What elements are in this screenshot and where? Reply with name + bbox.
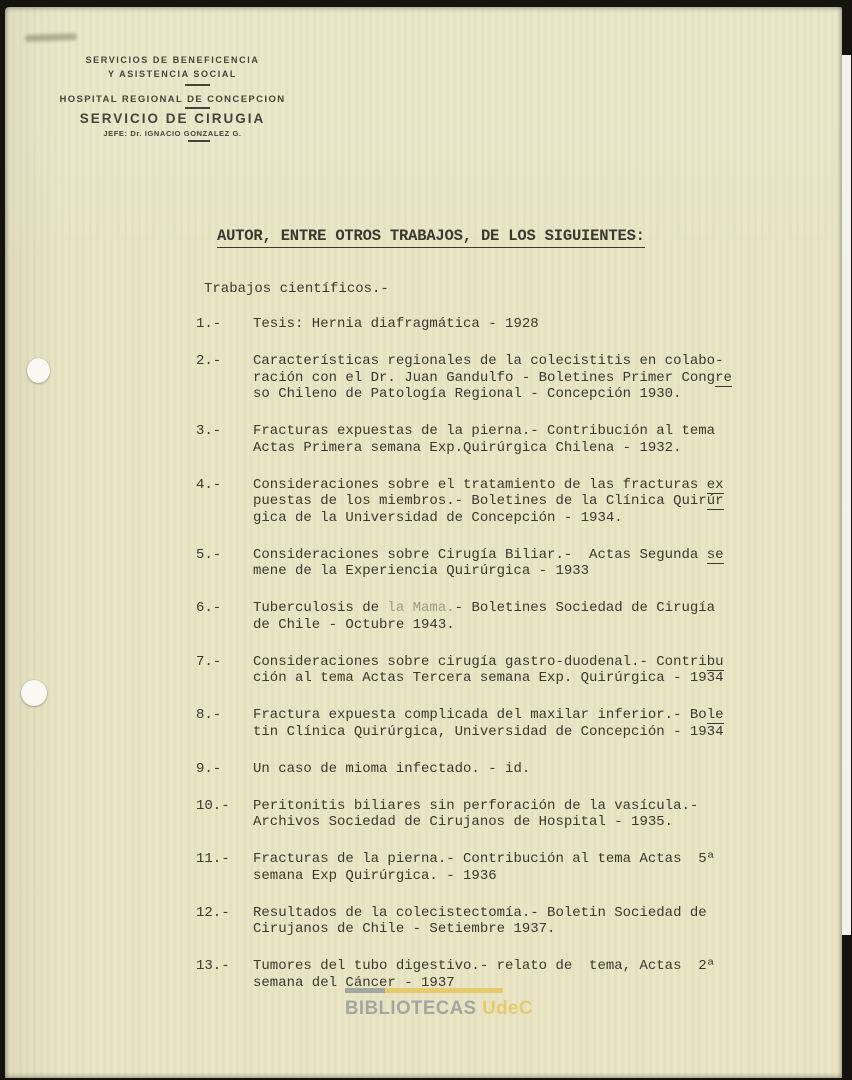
list-item-number: 10.-: [196, 798, 253, 831]
list-item-text: Consideraciones sobre cirugía gastro-duo…: [253, 654, 796, 687]
watermark-bar-yellow: [385, 988, 503, 993]
list-item-number: 6.-: [196, 600, 253, 633]
letterhead-service: SERVICIO DE CIRUGIA: [55, 111, 290, 126]
list-item-number: 9.-: [196, 761, 253, 778]
list-item-line: Fracturas expuestas de la pierna.- Contr…: [253, 423, 796, 440]
list-item-text: Consideraciones sobre el tratamiento de …: [253, 477, 796, 527]
list-item-number: 12.-: [196, 905, 253, 938]
list-item-number: 2.-: [196, 353, 253, 403]
list-item-line: de Chile - Octubre 1943.: [253, 617, 796, 634]
watermark-bar-gray: [345, 988, 385, 993]
list-item-number: 13.-: [196, 958, 253, 991]
list-item-text: Fracturas de la pierna.- Contribución al…: [253, 851, 796, 884]
list-item: 5.-Consideraciones sobre Cirugía Biliar.…: [196, 547, 796, 580]
list-item-line: Características regionales de la colecis…: [253, 353, 796, 370]
punch-hole-top: [27, 358, 50, 383]
letterhead-divider: [185, 107, 210, 109]
list-item: 3.-Fracturas expuestas de la pierna.- Co…: [196, 423, 796, 456]
list-item: 7.-Consideraciones sobre cirugía gastro-…: [196, 654, 796, 687]
scanned-document: SERVICIOS DE BENEFICENCIA Y ASISTENCIA S…: [0, 0, 852, 1080]
list-item: 10.-Peritonitis biliares sin perforación…: [196, 798, 796, 831]
list-item-text: Peritonitis biliares sin perforación de …: [253, 798, 796, 831]
list-item-number: 8.-: [196, 707, 253, 740]
list-item-text: Resultados de la colecistectomía.- Bolet…: [253, 905, 796, 938]
list-item-line: Fractura expuesta complicada del maxilar…: [253, 707, 796, 724]
list-item-text: Tuberculosis de la Mama.- Boletines Soci…: [253, 600, 796, 633]
list-item-line: Resultados de la colecistectomía.- Bolet…: [253, 905, 796, 922]
letterhead-chief: JEFE: Dr. IGNACIO GONZALEZ G.: [55, 129, 290, 138]
watermark-text: BIBLIOTECAS UdeC: [345, 998, 533, 1020]
watermark-bibliotecas: BIBLIOTECAS: [345, 998, 477, 1019]
list-item-number: 3.-: [196, 423, 253, 456]
list-item-line: Un caso de mioma infectado. - id.: [253, 761, 796, 778]
list-item-line: Tuberculosis de la Mama.- Boletines Soci…: [253, 600, 796, 617]
document-page: SERVICIOS DE BENEFICENCIA Y ASISTENCIA S…: [5, 7, 842, 1078]
letterhead-hospital: HOSPITAL REGIONAL DE CONCEPCION: [55, 94, 290, 105]
list-item: 13.-Tumores del tubo digestivo.- relato …: [196, 958, 796, 991]
list-item: 1.-Tesis: Hernia diafragmática - 1928: [196, 316, 796, 333]
list-item-text: Fractura expuesta complicada del maxilar…: [253, 707, 796, 740]
watermark-bar: [345, 988, 503, 993]
letterhead-divider: [188, 140, 210, 142]
list-item-text: Tumores del tubo digestivo.- relato de t…: [253, 958, 796, 991]
list-item-line: gica de la Universidad de Concepción - 1…: [253, 510, 796, 527]
list-item-line: puestas de los miembros.- Boletines de l…: [253, 493, 796, 510]
list-item: 2.-Características regionales de la cole…: [196, 353, 796, 403]
list-item: 12.-Resultados de la colecistectomía.- B…: [196, 905, 796, 938]
list-item-line: so Chileno de Patología Regional - Conce…: [253, 386, 796, 403]
letterhead-divider: [185, 84, 210, 86]
list-item-number: 7.-: [196, 654, 253, 687]
list-item-line: Consideraciones sobre cirugía gastro-duo…: [253, 654, 796, 671]
list-item-number: 4.-: [196, 477, 253, 527]
list-item-line: Archivos Sociedad de Cirujanos de Hospit…: [253, 814, 796, 831]
list-item-line: Actas Primera semana Exp.Quirúrgica Chil…: [253, 440, 796, 457]
list-item-text: Características regionales de la colecis…: [253, 353, 796, 403]
list-item-line: Consideraciones sobre el tratamiento de …: [253, 477, 796, 494]
list-item-line: Fracturas de la pierna.- Contribución al…: [253, 851, 796, 868]
list-item-number: 1.-: [196, 316, 253, 333]
letterhead: SERVICIOS DE BENEFICENCIA Y ASISTENCIA S…: [55, 51, 290, 147]
list-item-text: Consideraciones sobre Cirugía Biliar.- A…: [253, 547, 796, 580]
list-item: 6.-Tuberculosis de la Mama.- Boletines S…: [196, 600, 796, 633]
list-item-line: mene de la Experiencia Quirúrgica - 1933: [253, 563, 796, 580]
list-item-number: 11.-: [196, 851, 253, 884]
list-item-line: ción al tema Actas Tercera semana Exp. Q…: [253, 670, 796, 687]
library-watermark: BIBLIOTECAS UdeC: [345, 988, 537, 1020]
section-heading: Trabajos científicos.-: [204, 281, 389, 297]
list-item: 11.-Fracturas de la pierna.- Contribució…: [196, 851, 796, 884]
letterhead-org-line1: SERVICIOS DE BENEFICENCIA: [55, 55, 290, 65]
list-item-line: tin Clínica Quirúrgica, Universidad de C…: [253, 724, 796, 741]
list-item-line: ración con el Dr. Juan Gandulfo - Boleti…: [253, 370, 796, 387]
list-item-line: Peritonitis biliares sin perforación de …: [253, 798, 796, 815]
list-item: 9.-Un caso de mioma infectado. - id.: [196, 761, 796, 778]
list-item-line: Tumores del tubo digestivo.- relato de t…: [253, 958, 796, 975]
list-item: 8.-Fractura expuesta complicada del maxi…: [196, 707, 796, 740]
list-item-text: Fracturas expuestas de la pierna.- Contr…: [253, 423, 796, 456]
list-item-number: 5.-: [196, 547, 253, 580]
list-item-line: semana Exp Quirúrgica. - 1936: [253, 868, 796, 885]
watermark-udec: UdeC: [482, 998, 533, 1019]
list-item-line: Cirujanos de Chile - Setiembre 1937.: [253, 921, 796, 938]
list-item-text: Un caso de mioma infectado. - id.: [253, 761, 796, 778]
punch-hole-bottom: [21, 680, 47, 706]
letterhead-org-line2: Y ASISTENCIA SOCIAL: [55, 69, 290, 79]
list-item: 4.-Consideraciones sobre el tratamiento …: [196, 477, 796, 527]
list-item-line: Tesis: Hernia diafragmática - 1928: [253, 316, 796, 333]
list-item-line: Consideraciones sobre Cirugía Biliar.- A…: [253, 547, 796, 564]
pencil-smudge: [25, 33, 77, 42]
list-item-text: Tesis: Hernia diafragmática - 1928: [253, 316, 796, 333]
works-list: 1.-Tesis: Hernia diafragmática - 19282.-…: [196, 316, 796, 1012]
document-title: AUTOR, ENTRE OTROS TRABAJOS, DE LOS SIGU…: [217, 227, 645, 248]
